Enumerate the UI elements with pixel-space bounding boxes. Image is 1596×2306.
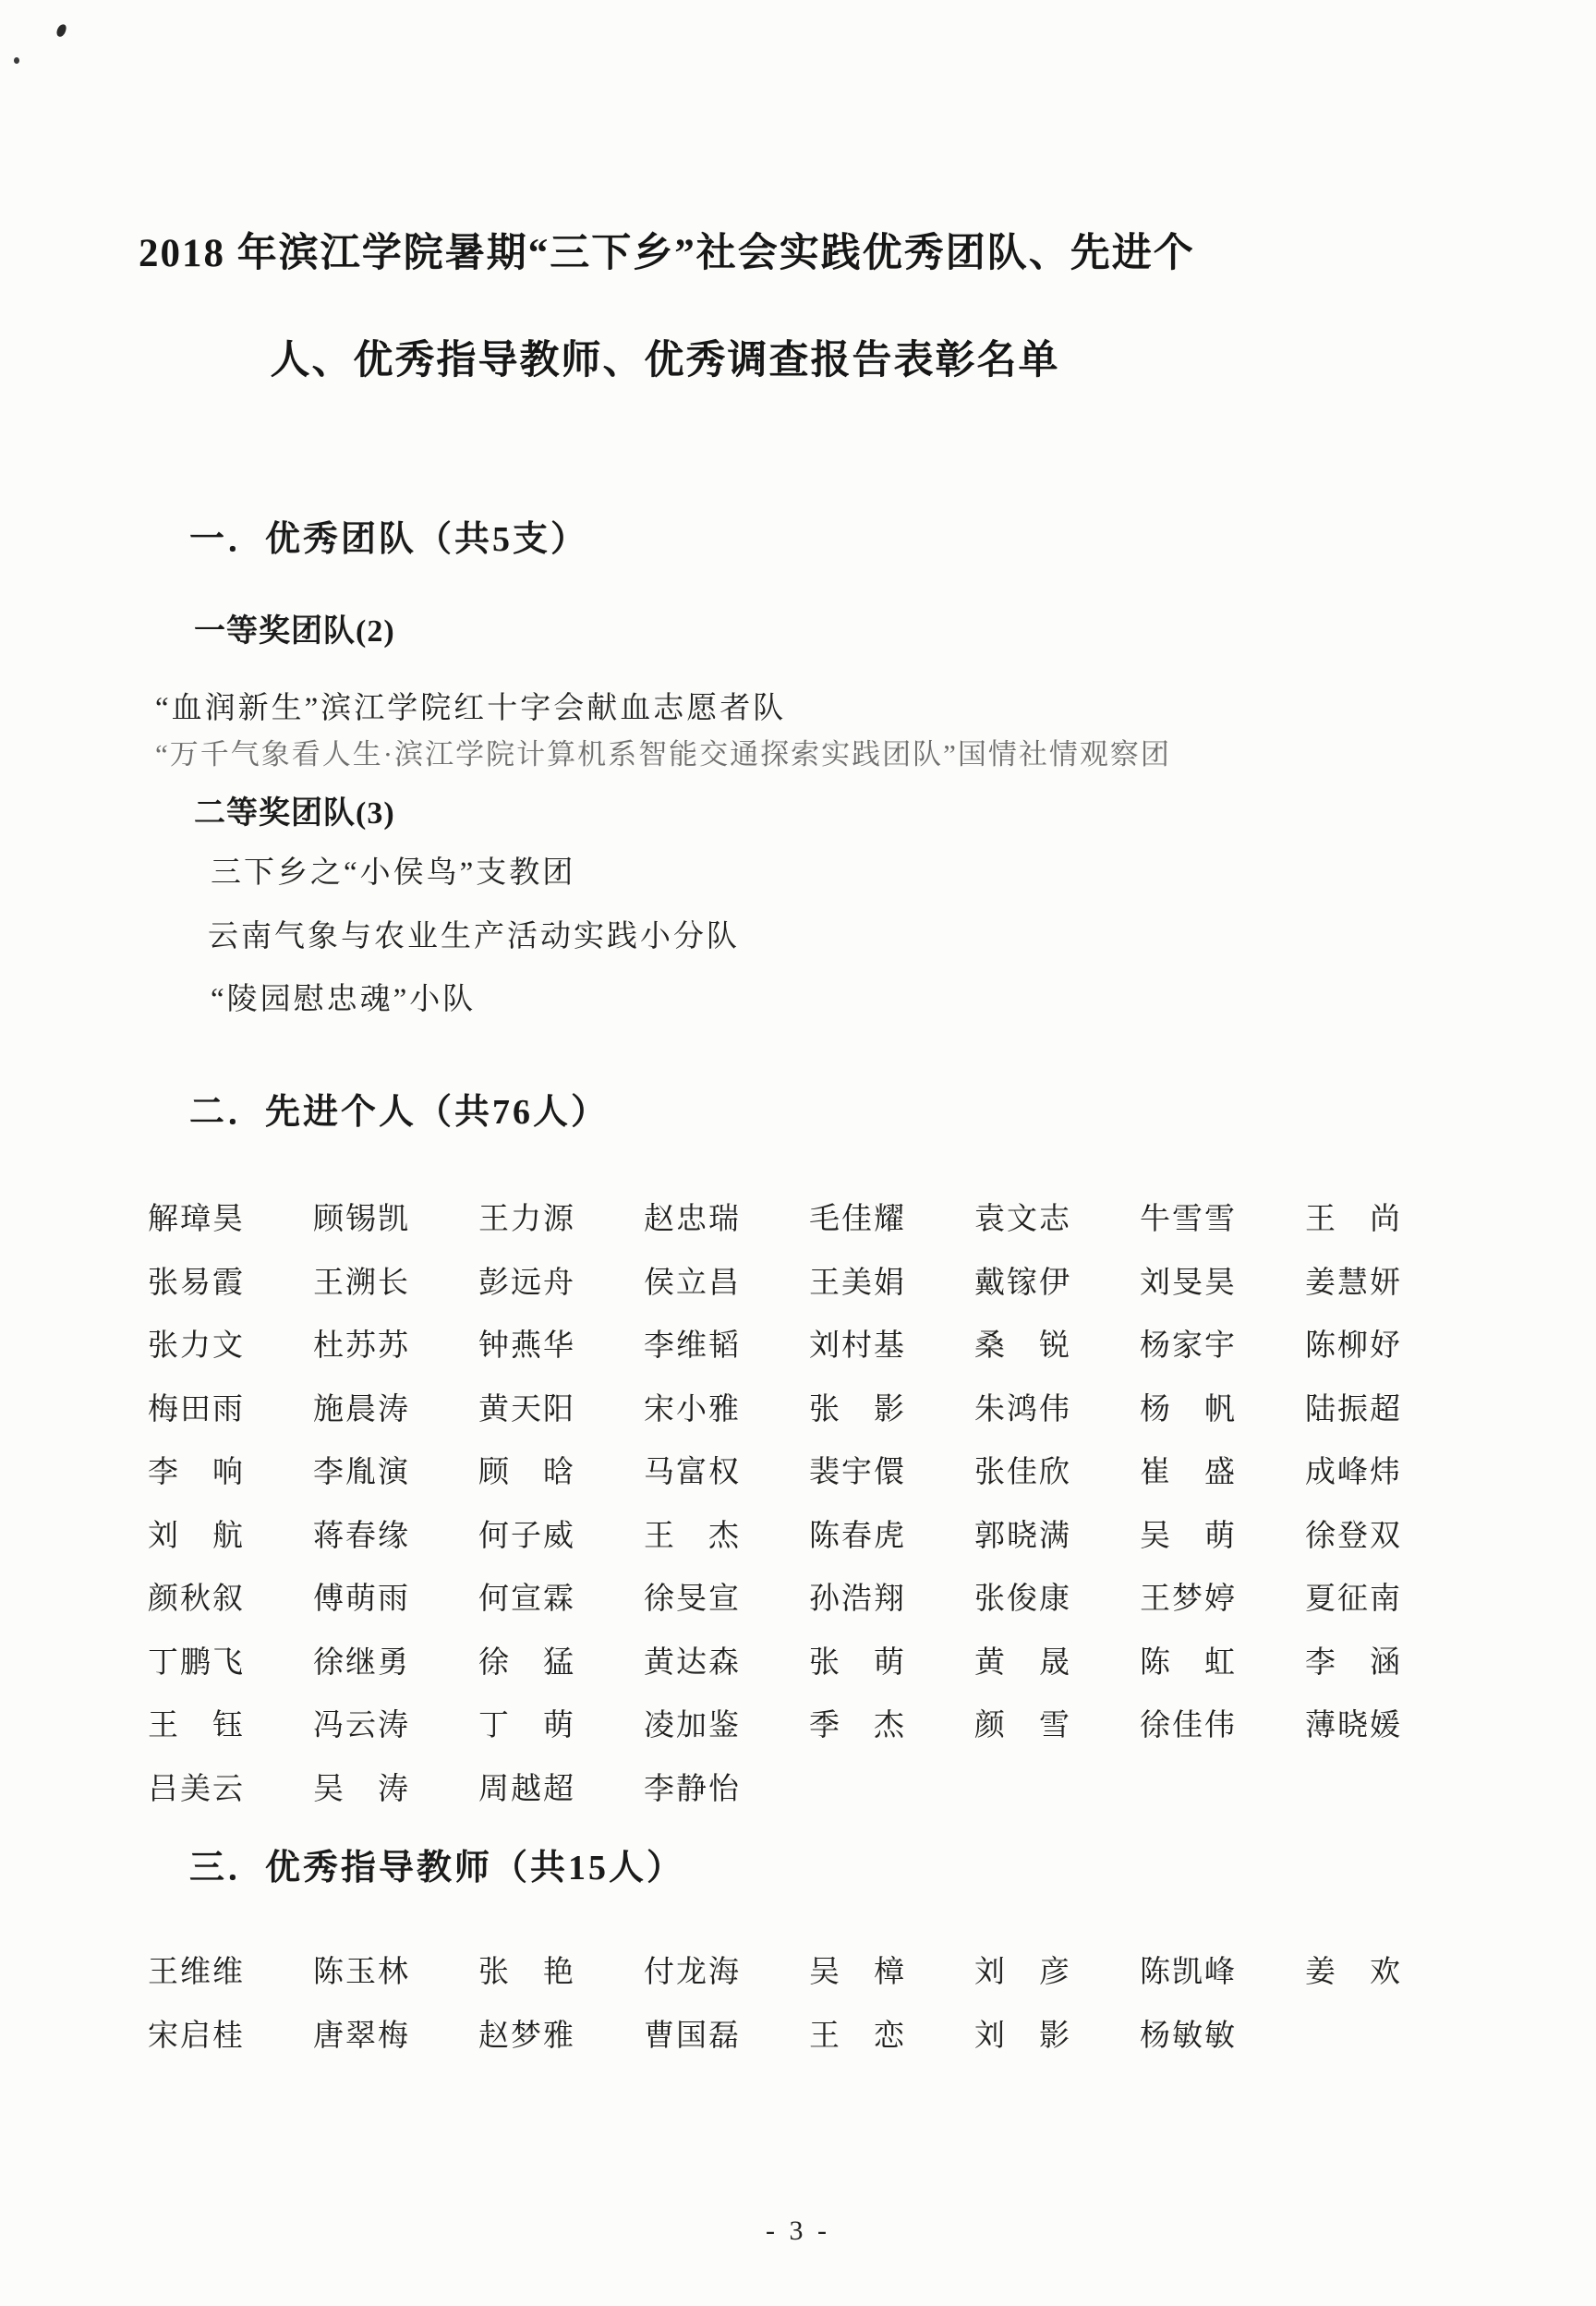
- person-name: 郭晓满: [974, 1511, 1140, 1555]
- person-name: 刘旻昊: [1140, 1258, 1305, 1302]
- individuals-name-grid: 解璋昊顾锡凯王力源赵忠瑞毛佳耀袁文志牛雪雪王 尚张易霞王溯长彭远舟侯立昌王美娟戴…: [148, 1195, 1470, 1827]
- person-name: 宋小雅: [644, 1385, 809, 1428]
- person-name: 季 杰: [809, 1701, 974, 1744]
- person-name: 王 钰: [148, 1701, 313, 1744]
- person-name: 颜 雪: [974, 1701, 1140, 1744]
- person-name: 凌加鉴: [644, 1701, 809, 1744]
- person-name: 戴镓伊: [974, 1258, 1140, 1302]
- person-name: 杨家宇: [1140, 1321, 1305, 1365]
- teachers-name-grid: 王维维陈玉林张 艳付龙海吴 樟刘 彦陈凯峰姜 欢宋启桂唐翠梅赵梦雅曹国磊王 恋刘…: [148, 1948, 1470, 2074]
- person-name: 王 尚: [1305, 1195, 1470, 1238]
- person-name: 解璋昊: [148, 1195, 313, 1238]
- person-name: 赵忠瑞: [644, 1195, 809, 1238]
- team-name: “血润新生”滨江学院红十字会献血志愿者队: [155, 684, 786, 727]
- person-name: 唐翠梅: [313, 2011, 478, 2055]
- person-name: 丁 萌: [478, 1701, 644, 1744]
- person-name: 吕美云: [148, 1765, 313, 1808]
- person-name: 吴 萌: [1140, 1511, 1305, 1555]
- team-name: “万千气象看人生·滨江学院计算机系智能交通探索实践团队”国情社情观察团: [155, 731, 1171, 772]
- person-name: 刘 彦: [974, 1948, 1140, 1991]
- person-name: 杜苏苏: [313, 1321, 478, 1365]
- person-name: 牛雪雪: [1140, 1195, 1305, 1238]
- person-name: 陈玉林: [313, 1948, 478, 1991]
- person-name: 徐登双: [1305, 1511, 1470, 1555]
- person-name: 吴 涛: [313, 1765, 478, 1808]
- person-name: 李胤演: [313, 1448, 478, 1491]
- person-name: 张 艳: [478, 1948, 644, 1991]
- second-prize-label: 二等奖团队(3): [194, 787, 395, 832]
- person-name: 袁文志: [974, 1195, 1140, 1238]
- person-name: 傅萌雨: [313, 1574, 478, 1618]
- person-name: 陈 虹: [1140, 1638, 1305, 1681]
- person-name: 施晨涛: [313, 1385, 478, 1428]
- person-name: 徐佳伟: [1140, 1701, 1305, 1744]
- person-name: 裴宇儇: [809, 1448, 974, 1491]
- person-name: 毛佳耀: [809, 1195, 974, 1238]
- person-name: 张俊康: [974, 1574, 1140, 1618]
- team-name: 云南气象与农业生产活动实践小分队: [208, 912, 740, 955]
- person-name: 崔 盛: [1140, 1448, 1305, 1491]
- person-name: 陆振超: [1305, 1385, 1470, 1428]
- person-name: 何宣霖: [478, 1574, 644, 1618]
- person-name: 王 恋: [809, 2011, 974, 2055]
- person-name: 丁鹏飞: [148, 1638, 313, 1681]
- ink-speck: [55, 23, 67, 38]
- person-name: 徐 猛: [478, 1638, 644, 1681]
- person-name: 张 影: [809, 1385, 974, 1428]
- person-name: 张易霞: [148, 1258, 313, 1302]
- person-name: 顾锡凯: [313, 1195, 478, 1238]
- person-name: 陈柳妤: [1305, 1321, 1470, 1365]
- person-name: 王力源: [478, 1195, 644, 1238]
- person-name: 彭远舟: [478, 1258, 644, 1302]
- person-name: 蒋春缘: [313, 1511, 478, 1555]
- person-name: 颜秋叙: [148, 1574, 313, 1618]
- person-name: 陈凯峰: [1140, 1948, 1305, 1991]
- team-name: 三下乡之“小侯鸟”支教团: [211, 848, 575, 892]
- person-name: 顾 晗: [478, 1448, 644, 1491]
- person-name: 何子威: [478, 1511, 644, 1555]
- person-name: 桑 锐: [974, 1321, 1140, 1365]
- person-name: 刘 航: [148, 1511, 313, 1555]
- person-name: 刘 影: [974, 2011, 1140, 2055]
- person-name: 李 响: [148, 1448, 313, 1491]
- person-name: 梅田雨: [148, 1385, 313, 1428]
- person-name: 徐旻宣: [644, 1574, 809, 1618]
- section-heading-teams: 一．优秀团队（共5支）: [189, 510, 588, 561]
- person-name: 李静怡: [644, 1765, 809, 1808]
- person-name: 黄达森: [644, 1638, 809, 1681]
- person-name: 黄 晟: [974, 1638, 1140, 1681]
- person-name: 张 萌: [809, 1638, 974, 1681]
- person-name: 杨 帆: [1140, 1385, 1305, 1428]
- person-name: 曹国磊: [644, 2011, 809, 2055]
- title-line-1: 2018 年滨江学院暑期“三下乡”社会实践优秀团队、先进个: [139, 222, 1191, 278]
- person-name: 赵梦雅: [478, 2011, 644, 2055]
- person-name: 张佳欣: [974, 1448, 1140, 1491]
- person-name: 张力文: [148, 1321, 313, 1365]
- person-name: 吴 樟: [809, 1948, 974, 1991]
- person-name: 王溯长: [313, 1258, 478, 1302]
- ink-speck: [14, 57, 19, 64]
- person-name: 黄天阳: [478, 1385, 644, 1428]
- person-name: 李维韬: [644, 1321, 809, 1365]
- title-line-2: 人、优秀指导教师、优秀调查报告表彰名单: [139, 329, 1191, 385]
- person-name: 冯云涛: [313, 1701, 478, 1744]
- person-name: 宋启桂: [148, 2011, 313, 2055]
- person-name: 朱鸿伟: [974, 1385, 1140, 1428]
- first-prize-label: 一等奖团队(2): [194, 605, 395, 650]
- person-name: 成峰炜: [1305, 1448, 1470, 1491]
- page-number: - 3 -: [0, 2215, 1596, 2247]
- person-name: 姜慧妍: [1305, 1258, 1470, 1302]
- person-name: 夏征南: [1305, 1574, 1470, 1618]
- section-heading-individuals: 二．先进个人（共76人）: [189, 1083, 609, 1134]
- person-name: 薄晓媛: [1305, 1701, 1470, 1744]
- person-name: 王美娟: [809, 1258, 974, 1302]
- person-name: 陈春虎: [809, 1511, 974, 1555]
- person-name: 徐继勇: [313, 1638, 478, 1681]
- scanned-document-page: 2018 年滨江学院暑期“三下乡”社会实践优秀团队、先进个 人、优秀指导教师、优…: [0, 0, 1596, 2306]
- person-name: 王维维: [148, 1948, 313, 1991]
- person-name: 杨敏敏: [1140, 2011, 1305, 2055]
- person-name: 王梦婷: [1140, 1574, 1305, 1618]
- person-name: 王 杰: [644, 1511, 809, 1555]
- person-name: 刘村基: [809, 1321, 974, 1365]
- team-name: “陵园慰忠魂”小队: [211, 975, 476, 1018]
- person-name: 周越超: [478, 1765, 644, 1808]
- person-name: 姜 欢: [1305, 1948, 1470, 1991]
- section-heading-teachers: 三．优秀指导教师（共15人）: [189, 1839, 684, 1889]
- person-name: 钟燕华: [478, 1321, 644, 1365]
- person-name: 马富权: [644, 1448, 809, 1491]
- person-name: 孙浩翔: [809, 1574, 974, 1618]
- person-name: 付龙海: [644, 1948, 809, 1991]
- person-name: 侯立昌: [644, 1258, 809, 1302]
- person-name: 李 涵: [1305, 1638, 1470, 1681]
